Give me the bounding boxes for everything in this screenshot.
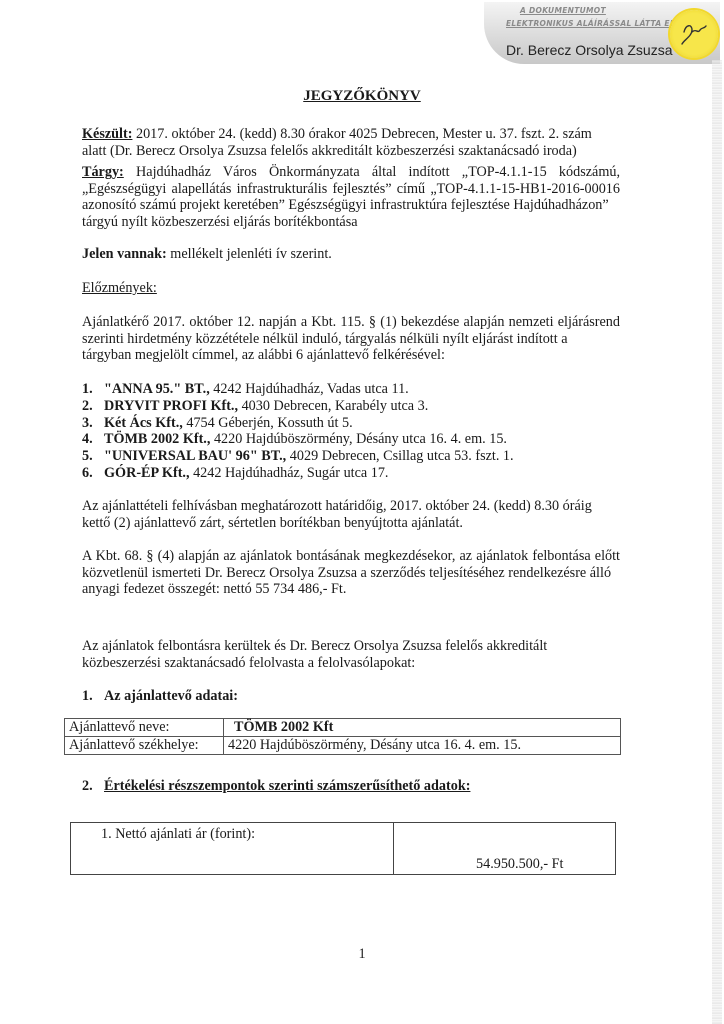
deadline-text-last: kettő (2) ajánlattevő zárt, sértetlen bo… [82, 515, 620, 532]
targy-label: Tárgy: [82, 164, 124, 180]
targy-paragraph: Tárgy: Hajdúhadház Város Önkormányzata á… [82, 164, 620, 230]
list-item: 6.GÓR-ÉP Kft., 4242 Hajdúhadház, Sugár u… [82, 465, 514, 482]
criterion-value: 54.950.500,- Ft [394, 823, 616, 875]
invitee-list: 1."ANNA 95." BT., 4242 Hajdúhadház, Vada… [82, 381, 514, 482]
bidder-seat-value: 4220 Hajdúböszörmény, Désány utca 16. 4.… [224, 737, 621, 755]
targy-text-last: tárgyú nyílt közbeszerzési eljárás borít… [82, 214, 620, 231]
criterion-label: 1. Nettó ajánlati ár (forint): [71, 823, 394, 875]
keszult-text-2: alatt (Dr. Berecz Orsolya Zsuzsa felelős… [82, 143, 620, 160]
list-item: 1."ANNA 95." BT., 4242 Hajdúhadház, Vada… [82, 381, 514, 398]
opening-paragraph: Az ajánlatok felbontásra kerültek és Dr.… [82, 638, 620, 671]
scan-edge-artifact [712, 60, 722, 1024]
elozmenyek-heading: Előzmények: [82, 280, 620, 297]
elozmenyek-text: Ajánlatkérő 2017. október 12. napján a K… [82, 314, 620, 347]
bidder-name-label: Ajánlattevő neve: [65, 719, 224, 737]
table-row: 1. Nettó ajánlati ár (forint): 54.950.50… [71, 823, 616, 875]
signature-stamp: A DOKUMENTUMOT ELEKTRONIKUS ALÁÍRÁSSAL L… [484, 2, 720, 64]
page-number: 1 [0, 946, 724, 963]
bidder-name-value: TÖMB 2002 Kft [224, 719, 621, 737]
keszult-text-1: 2017. október 24. (kedd) 8.30 órakor 402… [132, 126, 591, 142]
document-page: A DOKUMENTUMOT ELEKTRONIKUS ALÁÍRÁSSAL L… [0, 0, 724, 1024]
bidder-table: Ajánlattevő neve: TÖMB 2002 Kft Ajánlatt… [64, 718, 621, 755]
table-row: Ajánlattevő székhelye: 4220 Hajdúböszörm… [65, 737, 621, 755]
stamp-caption-line2: ELEKTRONIKUS ALÁÍRÁSSAL LÁTTA EL: [506, 19, 678, 28]
kbt-text: A Kbt. 68. § (4) alapján az ajánlatok bo… [82, 548, 620, 581]
jelen-label: Jelen vannak: [82, 246, 167, 262]
section-1-heading: 1.Az ajánlattevő adatai: [82, 688, 238, 705]
bidder-seat-label: Ajánlattevő székhelye: [65, 737, 224, 755]
targy-text: Hajdúhadház Város Önkormányzata által in… [82, 164, 620, 213]
stamp-caption-line1: A DOKUMENTUMOT [520, 6, 606, 15]
deadline-paragraph: Az ajánlattételi felhívásban meghatározo… [82, 498, 620, 531]
kbt-text-last: anyagi fedezet összegét: nettó 55 734 48… [82, 581, 620, 598]
jelen-text: mellékelt jelenléti ív szerint. [167, 246, 332, 262]
kbt-paragraph: A Kbt. 68. § (4) alapján az ajánlatok bo… [82, 548, 620, 598]
section-2-heading: 2.Értékelési részszempontok szerinti szá… [82, 778, 470, 795]
keszult-paragraph: Készült: 2017. október 24. (kedd) 8.30 ó… [82, 126, 620, 159]
keszult-label: Készült: [82, 126, 132, 142]
opening-text-last: közbeszerzési szaktanácsadó felolvasta a… [82, 655, 620, 672]
elozmenyek-paragraph: Ajánlatkérő 2017. október 12. napján a K… [82, 314, 620, 364]
list-item: 3.Két Ács Kft., 4754 Géberjén, Kossuth ú… [82, 415, 514, 432]
list-item: 4.TÖMB 2002 Kft., 4220 Hajdúböszörmény, … [82, 431, 514, 448]
table-row: Ajánlattevő neve: TÖMB 2002 Kft [65, 719, 621, 737]
opening-text: Az ajánlatok felbontásra kerültek és Dr.… [82, 638, 620, 655]
document-title: JEGYZŐKÖNYV [0, 88, 724, 105]
list-item: 5."UNIVERSAL BAU' 96" BT., 4029 Debrecen… [82, 448, 514, 465]
list-item: 2.DRYVIT PROFI Kft., 4030 Debrecen, Kara… [82, 398, 514, 415]
seal-icon [670, 10, 718, 58]
elozmenyek-text-last: tárgyban megjelölt címmel, az alábbi 6 a… [82, 347, 620, 364]
deadline-text: Az ajánlattételi felhívásban meghatározo… [82, 498, 620, 515]
jelen-paragraph: Jelen vannak: mellékelt jelenléti ív sze… [82, 246, 620, 263]
evaluation-table: 1. Nettó ajánlati ár (forint): 54.950.50… [70, 822, 616, 875]
stamp-signer-name: Dr. Berecz Orsolya Zsuzsa [506, 42, 673, 58]
